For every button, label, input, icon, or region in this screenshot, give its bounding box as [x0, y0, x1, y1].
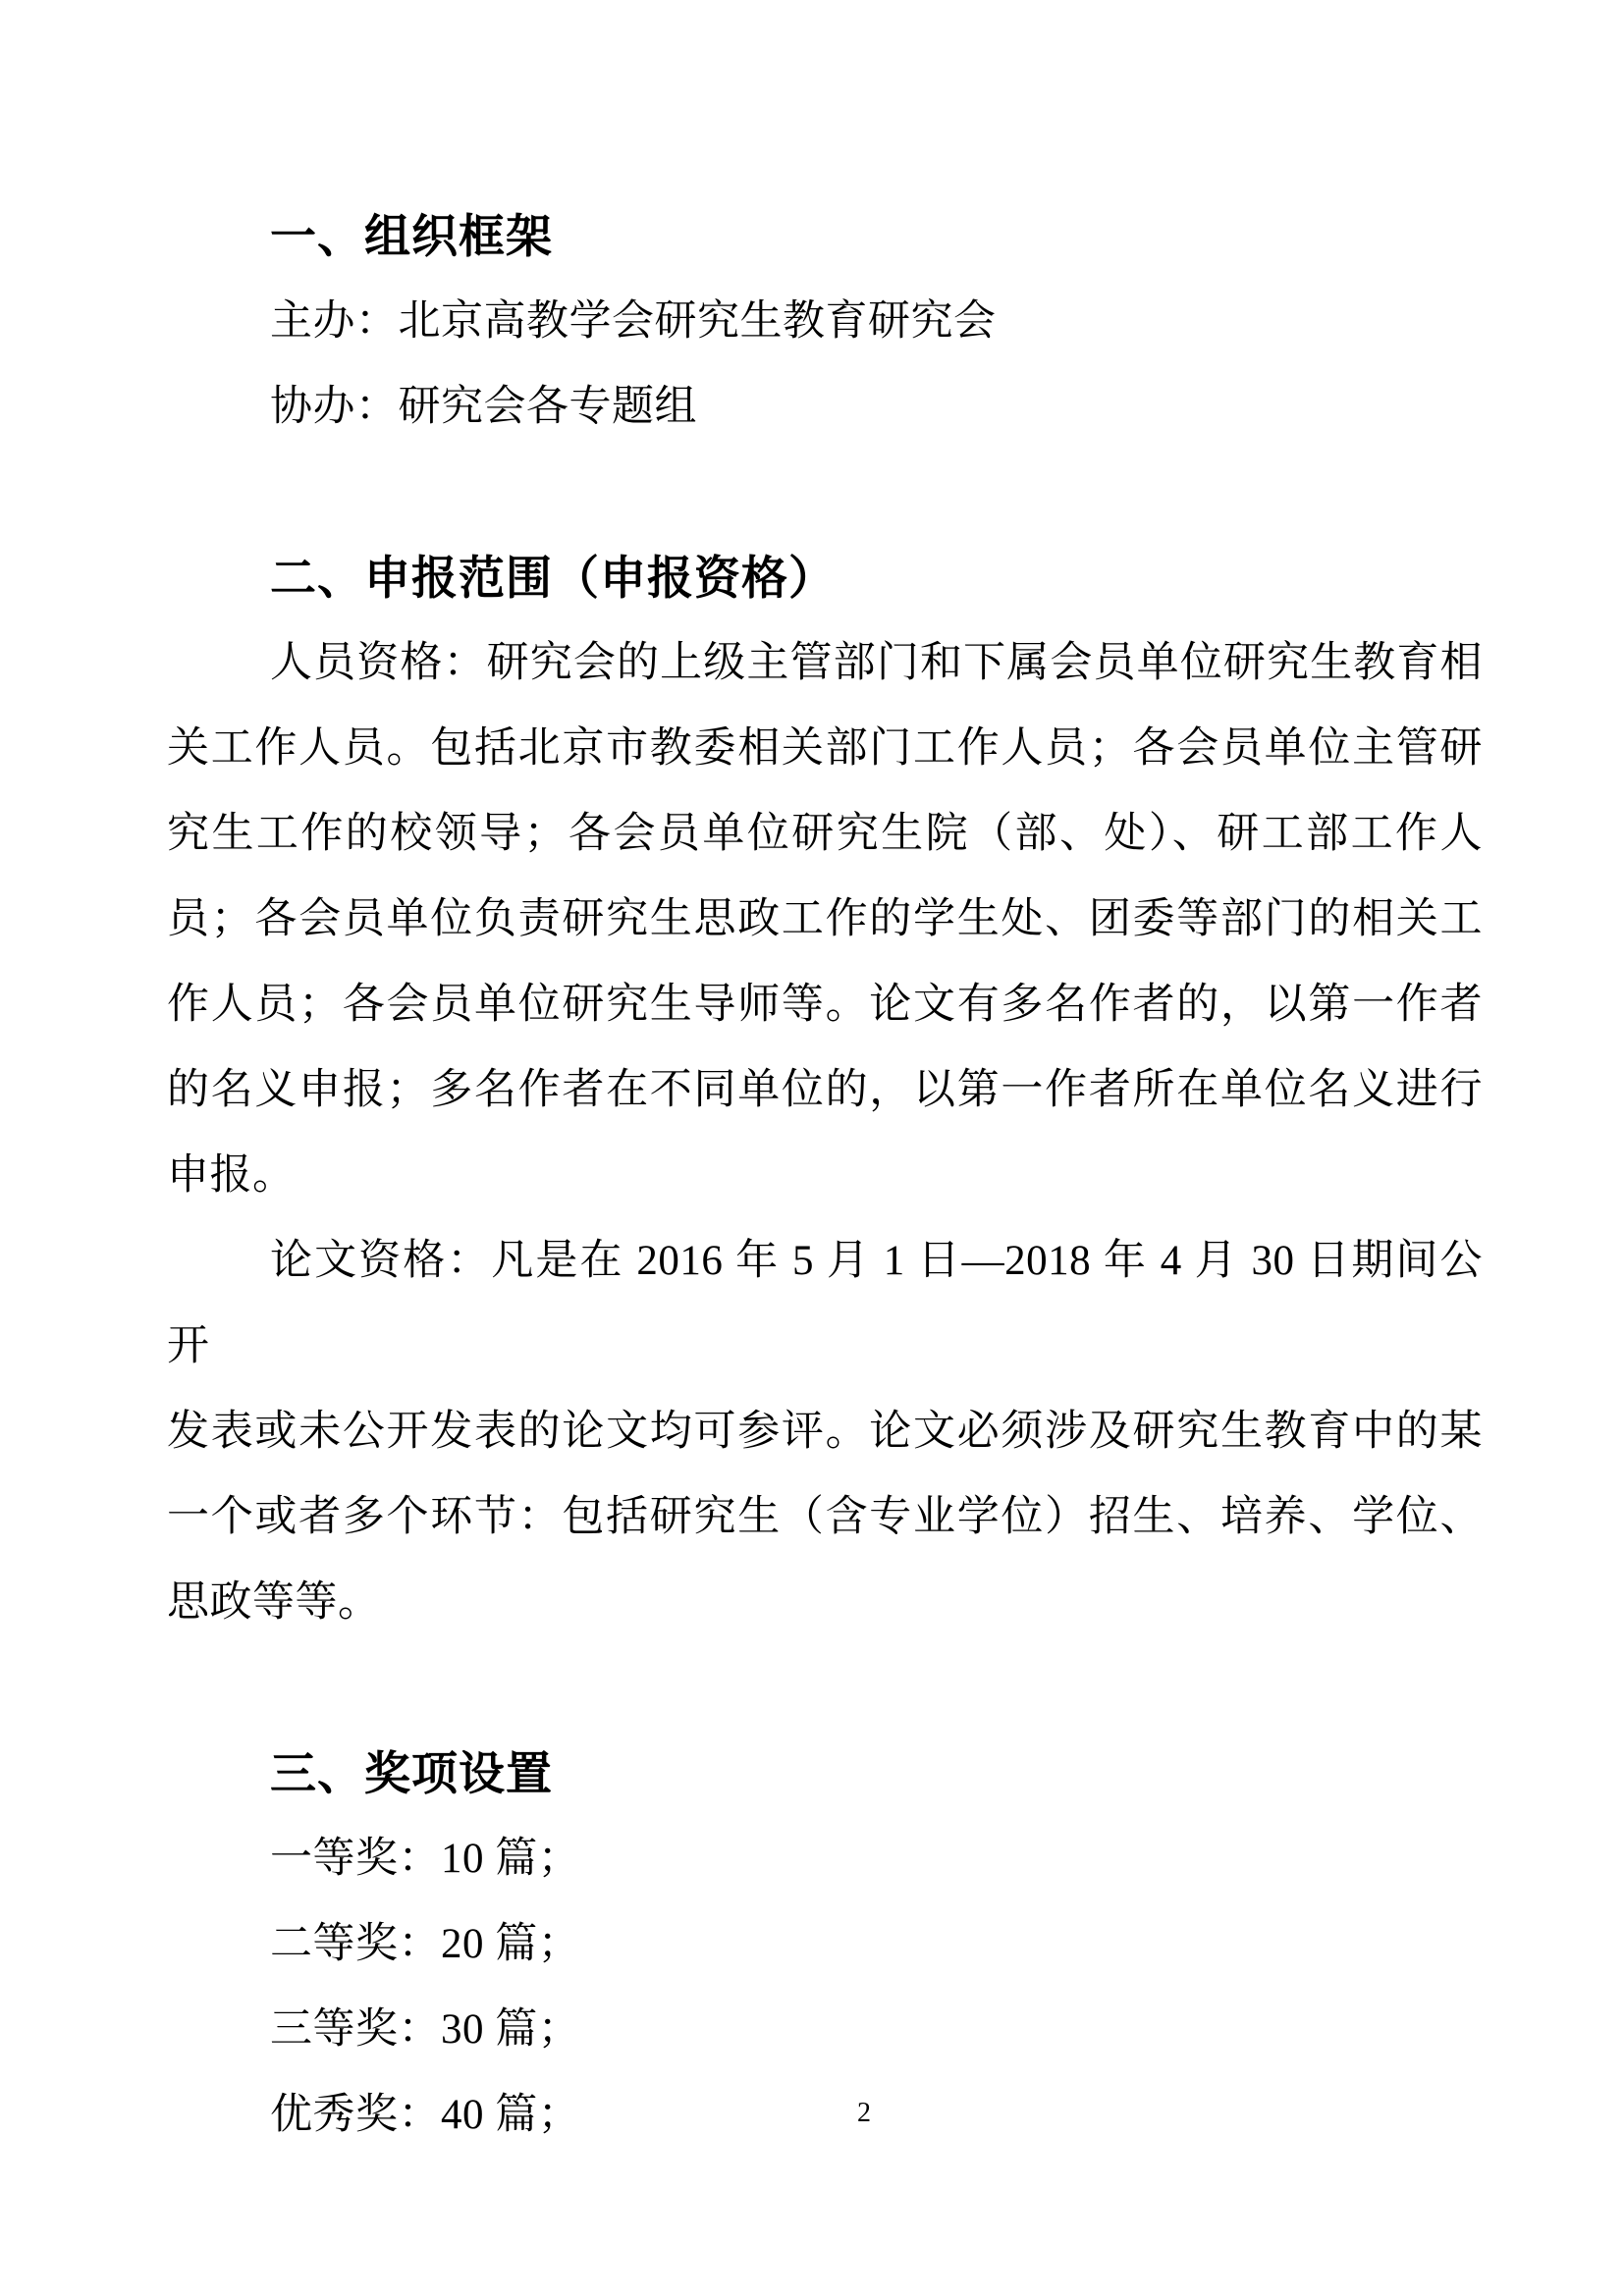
paragraph-line: 一个或者多个环节：包括研究生（含专业学位）招生、培养、学位、 — [167, 1474, 1483, 1560]
award-second-prize-line: 二等奖：20 篇； — [167, 1901, 1483, 1987]
award-first-prize-line: 一等奖：10 篇； — [167, 1816, 1483, 1901]
paragraph-line: 论文资格：凡是在 2016 年 5 月 1 日—2018 年 4 月 30 日期… — [167, 1218, 1483, 1389]
paragraph-line: 申报。 — [167, 1133, 1483, 1218]
paragraph-line: 的名义申报；多名作者在不同单位的，以第一作者所在单位名义进行 — [167, 1047, 1483, 1133]
section-1-heading: 一、组织框架 — [167, 193, 1483, 279]
paragraph-line: 发表或未公开发表的论文均可参评。论文必须涉及研究生教育中的某 — [167, 1389, 1483, 1474]
section-2-heading: 二、申报范围（申报资格） — [167, 535, 1483, 620]
paragraph-line: 员；各会员单位负责研究生思政工作的学生处、团委等部门的相关工 — [167, 877, 1483, 962]
blank-line — [167, 1645, 1483, 1731]
award-third-prize-line: 三等奖：30 篇； — [167, 1987, 1483, 2072]
document-body: 一、组织框架 主办：北京高教学会研究生教育研究会 协办：研究会各专题组 二、申报… — [167, 193, 1483, 2158]
paragraph-line: 思政等等。 — [167, 1560, 1483, 1645]
paragraph-line: 人员资格：研究会的上级主管部门和下属会员单位研究生教育相 — [167, 620, 1483, 706]
document-page: 一、组织框架 主办：北京高教学会研究生教育研究会 协办：研究会各专题组 二、申报… — [0, 0, 1624, 2296]
co-organizer-line: 协办：研究会各专题组 — [167, 364, 1483, 450]
page-number: 2 — [0, 2097, 1624, 2130]
paragraph-line: 作人员；各会员单位研究生导师等。论文有多名作者的，以第一作者 — [167, 962, 1483, 1047]
paragraph-line: 关工作人员。包括北京市教委相关部门工作人员；各会员单位主管研 — [167, 706, 1483, 791]
blank-line — [167, 450, 1483, 535]
organizer-line: 主办：北京高教学会研究生教育研究会 — [167, 279, 1483, 364]
paragraph-line: 究生工作的校领导；各会员单位研究生院（部、处）、研工部工作人 — [167, 791, 1483, 877]
section-3-heading: 三、奖项设置 — [167, 1731, 1483, 1816]
